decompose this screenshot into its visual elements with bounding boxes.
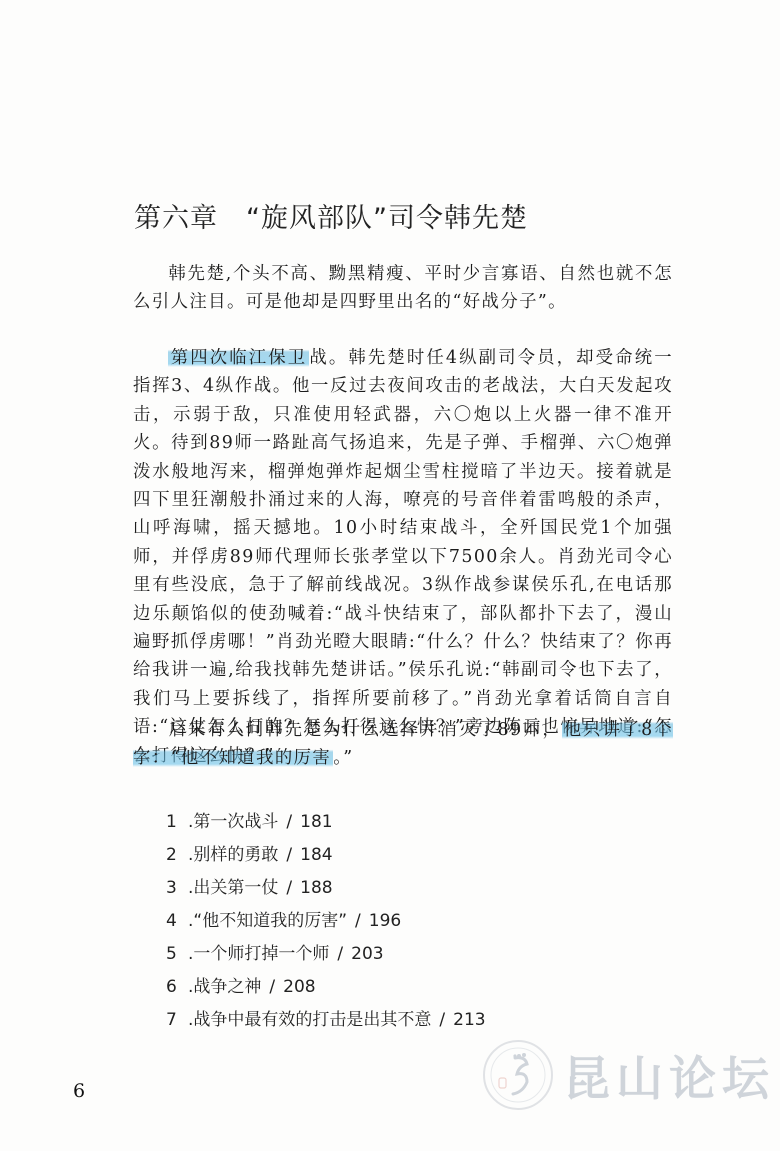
toc-item: 6.战争之神/208 [166, 971, 486, 1004]
toc-separator: / [261, 977, 283, 997]
toc-item: 3.出关第一仗/188 [166, 872, 486, 905]
toc-separator: / [347, 911, 369, 931]
paragraph-battle: 第四次临江保卫战。韩先楚时任4纵副司令员，却受命统一指挥3、4纵作战。他一反过去… [133, 344, 673, 770]
toc-separator: / [431, 1010, 453, 1030]
toc-item: 4.“他不知道我的厉害”/196 [166, 905, 486, 938]
toc-item-title: 第一次战斗 [193, 812, 278, 832]
toc-item-page: 213 [453, 1010, 485, 1030]
toc-item-number: 7 [166, 1004, 188, 1037]
toc-item-number: 1 [166, 806, 188, 839]
kunshan-forum-logo-icon [483, 1040, 553, 1110]
toc-item-title: 出关第一仗 [193, 878, 278, 898]
toc-item-page: 203 [351, 944, 383, 964]
toc-item-page: 181 [300, 812, 332, 832]
toc-separator: / [329, 944, 351, 964]
page-number: 6 [73, 1080, 85, 1102]
paragraph-intro: 韩先楚,个头不高、黝黑精瘦、平时少言寡语、自然也就不怎么引人注目。可是他却是四野… [133, 260, 673, 317]
toc-separator: / [278, 878, 300, 898]
toc-item-number: 6 [166, 971, 188, 1004]
toc-separator: / [278, 845, 300, 865]
toc-item-page: 196 [369, 911, 401, 931]
quote-end: 。” [333, 748, 353, 768]
toc-item: 2.别样的勇敢/184 [166, 839, 486, 872]
toc-item-page: 184 [300, 845, 332, 865]
book-page: 第六章 “旋风部队”司令韩先楚 韩先楚,个头不高、黝黑精瘦、平时少言寡语、自然也… [0, 0, 780, 1151]
paragraph-battle-text: 战。韩先楚时任4纵副司令员，却受命统一指挥3、4纵作战。他一反过去夜间攻击的老战… [133, 348, 673, 766]
paragraph-intro-text: 韩先楚,个头不高、黝黑精瘦、平时少言寡语、自然也就不怎么引人注目。可是他却是四野… [133, 264, 673, 312]
toc-item-number: 2 [166, 839, 188, 872]
toc-item-title: 战争之神 [193, 977, 261, 997]
paragraph-quote: 后来有人问韩先楚为什么选择并消灭了89师，他只讲了8个字：“他不知道我的厉害。” [133, 716, 673, 773]
toc-item-page: 188 [300, 878, 332, 898]
toc-item-title: 别样的勇敢 [193, 845, 278, 865]
toc-item: 5.一个师打掉一个师/203 [166, 938, 486, 971]
toc-item: 7.战争中最有效的打击是出其不意/213 [166, 1004, 486, 1037]
highlighted-text: 第四次临江保卫 [168, 348, 309, 368]
section-contents-list: 1.第一次战斗/181 2.别样的勇敢/184 3.出关第一仗/188 4.“他… [166, 806, 486, 1037]
watermark-text: 昆山论坛 [563, 1042, 775, 1109]
toc-item-title: “他不知道我的厉害” [193, 911, 347, 931]
toc-item-title: 一个师打掉一个师 [193, 944, 329, 964]
toc-item-number: 5 [166, 938, 188, 971]
toc-item-page: 208 [283, 977, 315, 997]
watermark: 昆山论坛 [483, 1040, 775, 1110]
toc-item-number: 3 [166, 872, 188, 905]
toc-separator: / [278, 812, 300, 832]
chapter-title: 第六章 “旋风部队”司令韩先楚 [134, 196, 528, 235]
toc-item-number: 4 [166, 905, 188, 938]
toc-item: 1.第一次战斗/181 [166, 806, 486, 839]
toc-item-title: 战争中最有效的打击是出其不意 [193, 1010, 431, 1030]
paragraph-quote-text: 后来有人问韩先楚为什么选择并消灭了89师， [168, 720, 562, 740]
